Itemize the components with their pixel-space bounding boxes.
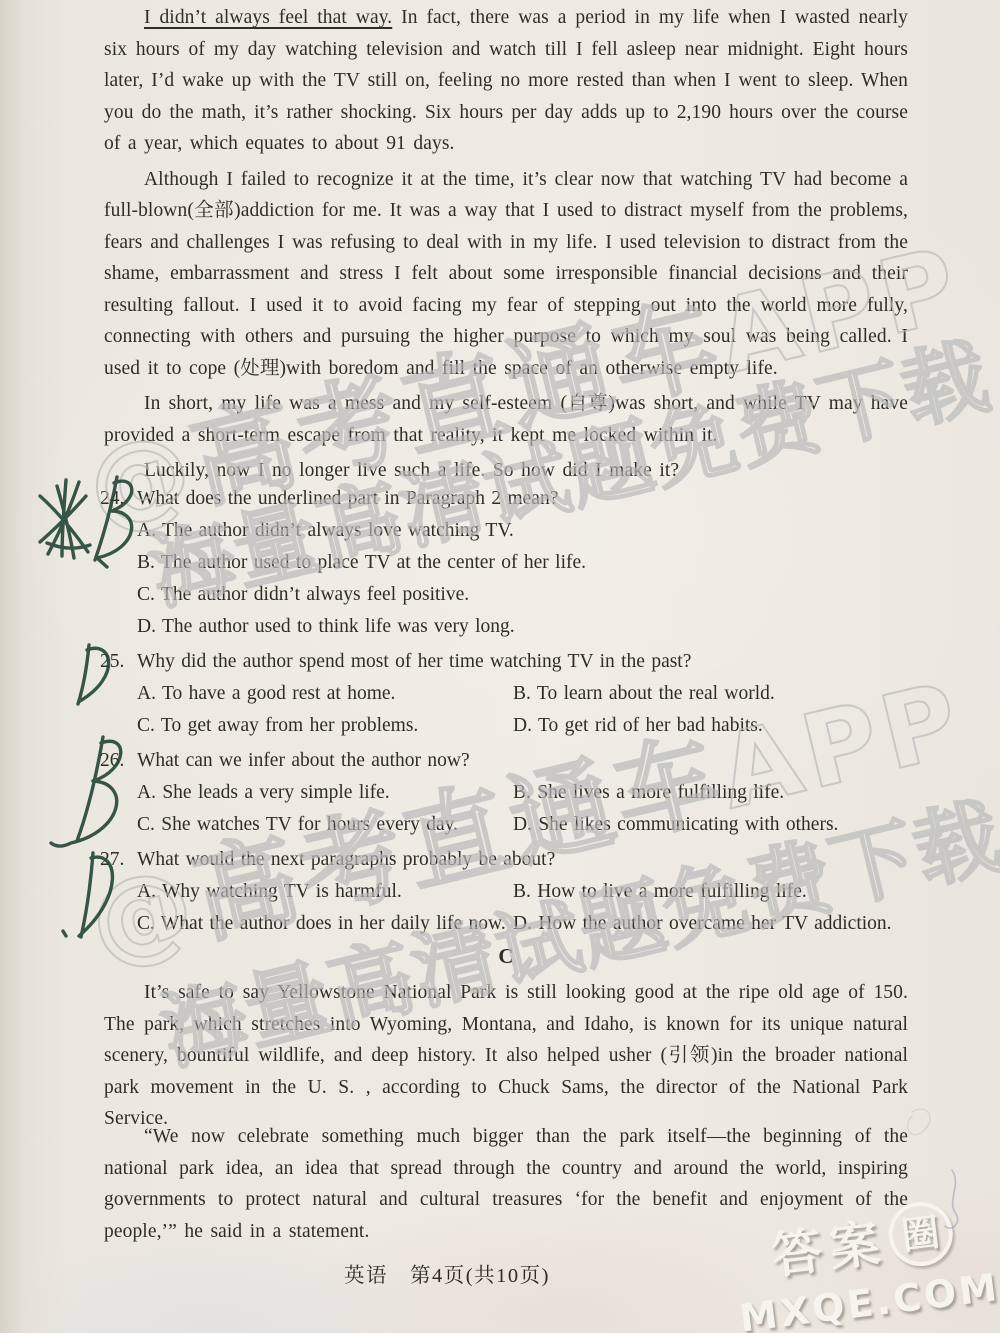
- question-24-options: A. The author didn’t always love watchin…: [100, 515, 912, 643]
- question-25-options-row-2: C. To get away from her problems. D. To …: [100, 710, 912, 742]
- passage-b-paragraph-4: Luckily, now I no longer live such a lif…: [104, 455, 908, 487]
- question-text: What would the next paragraphs probably …: [137, 844, 912, 876]
- passage-c-paragraph-2: “We now celebrate something much bigger …: [104, 1121, 908, 1247]
- option-b: B. How to live a more fulfilling life.: [513, 876, 912, 908]
- option-c: C. She watches TV for hours every day.: [137, 809, 513, 841]
- passage-b-paragraph-1: I didn’t always feel that way. In fact, …: [104, 2, 908, 160]
- question-24: 24. What does the underlined part in Par…: [100, 483, 912, 643]
- paragraph-1-rest: In fact, there was a period in my life w…: [104, 7, 908, 154]
- underlined-sentence: I didn’t always feel that way.: [144, 7, 392, 28]
- option-d: D. The author used to think life was ver…: [100, 611, 912, 643]
- option-b: B. To learn about the real world.: [513, 678, 912, 710]
- passage-b-paragraph-2: Although I failed to recognize it at the…: [104, 164, 908, 385]
- option-b: B. The author used to place TV at the ce…: [100, 547, 912, 579]
- question-26-stem: 26. What can we infer about the author n…: [100, 745, 912, 777]
- option-d: D. She likes communicating with others.: [513, 809, 912, 841]
- option-a: A. She leads a very simple life.: [137, 777, 513, 809]
- question-number: 24.: [100, 483, 137, 515]
- page-footer: 英语 第4页(共10页): [0, 1258, 894, 1288]
- question-text: What does the underlined part in Paragra…: [137, 483, 912, 515]
- option-c: C. To get away from her problems.: [137, 710, 513, 742]
- passage-b-paragraph-3: In short, my life was a mess and my self…: [104, 388, 908, 451]
- question-26-options-row-1: A. She leads a very simple life. B. She …: [100, 777, 912, 809]
- option-c: C. The author didn’t always feel positiv…: [100, 579, 912, 611]
- question-text: Why did the author spend most of her tim…: [137, 646, 912, 678]
- question-number: 27.: [100, 844, 137, 876]
- option-a: A. The author didn’t always love watchin…: [100, 515, 912, 547]
- question-27-stem: 27. What would the next paragraphs proba…: [100, 844, 912, 876]
- section-c-heading: C: [104, 944, 908, 969]
- handwritten-scribble-q24: [40, 480, 90, 558]
- question-26-options-row-2: C. She watches TV for hours every day. D…: [100, 809, 912, 841]
- question-number: 26.: [100, 745, 137, 777]
- option-b: B. She lives a more fulfilling life.: [513, 777, 912, 809]
- question-27-options-row-1: A. Why watching TV is harmful. B. How to…: [100, 876, 912, 908]
- option-d: D. How the author overcame her TV addict…: [513, 908, 912, 940]
- question-text: What can we infer about the author now?: [137, 745, 912, 777]
- scanned-exam-page: @高考直通车APP 海量高清试题免费下载 @高考直通车APP 海量高清试题免费下…: [0, 0, 1000, 1333]
- passage-c-paragraph-1: It’s safe to say Yellowstone National Pa…: [104, 977, 908, 1135]
- faint-pen-loop: [907, 1109, 930, 1135]
- option-a: A. Why watching TV is harmful.: [137, 876, 513, 908]
- question-24-stem: 24. What does the underlined part in Par…: [100, 483, 912, 515]
- option-d: D. To get rid of her bad habits.: [513, 710, 912, 742]
- pen-squiggle-right-margin: [945, 1170, 958, 1228]
- passage-c-continued: “We now celebrate something much bigger …: [104, 1121, 908, 1247]
- question-26: 26. What can we infer about the author n…: [100, 745, 912, 841]
- passage-c: It’s safe to say Yellowstone National Pa…: [104, 977, 908, 1135]
- question-27: 27. What would the next paragraphs proba…: [100, 844, 912, 940]
- option-a: A. To have a good rest at home.: [137, 678, 513, 710]
- question-27-options-row-2: C. What the author does in her daily lif…: [100, 908, 912, 940]
- option-c: C. What the author does in her daily lif…: [137, 908, 513, 940]
- question-25-stem: 25. Why did the author spend most of her…: [100, 646, 912, 678]
- question-25: 25. Why did the author spend most of her…: [100, 646, 912, 742]
- passage-b: I didn’t always feel that way. In fact, …: [104, 2, 908, 487]
- question-25-options-row-1: A. To have a good rest at home. B. To le…: [100, 678, 912, 710]
- question-number: 25.: [100, 646, 137, 678]
- question-block: 24. What does the underlined part in Par…: [100, 483, 912, 940]
